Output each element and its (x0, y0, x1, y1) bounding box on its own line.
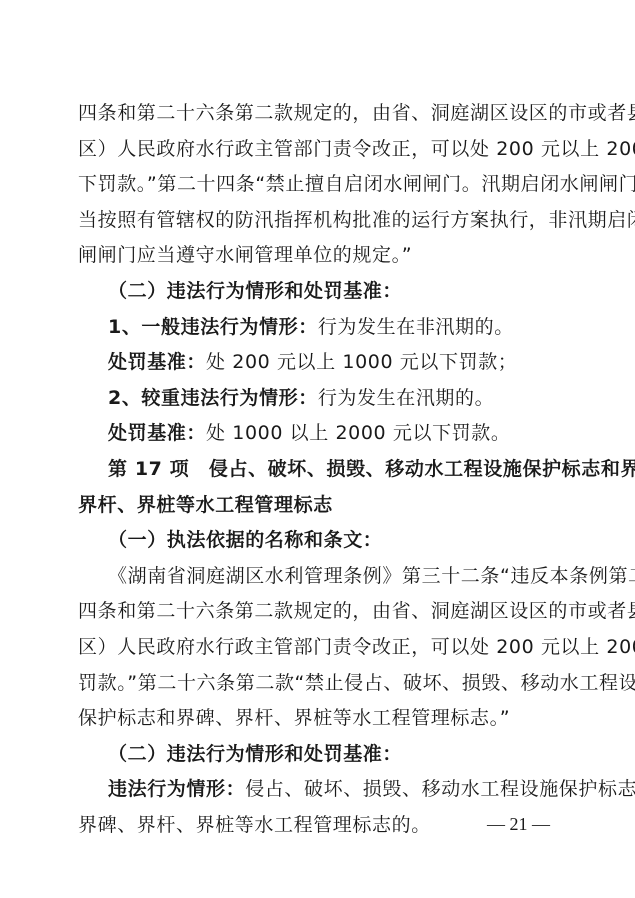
paragraph-line: 处罚基准：处 1000 以上 2000 元以下罚款。 (78, 416, 560, 452)
heading-text: 第 17 项 侵占、破坏、损毁、移动水工程设施保护标志和界碑、 (108, 458, 635, 480)
bold-label: 2、较重违法行为情形： (108, 387, 318, 409)
heading-text: 界杆、界桩等水工程管理标志 (78, 494, 333, 516)
body-text: 罚款。”第二十六条第二款“禁止侵占、破坏、损毁、移动水工程设施 (78, 672, 635, 694)
body-text: 行为发生在汛期的。 (318, 387, 494, 409)
heading-text: （一）执法依据的名称和条文： (108, 529, 382, 551)
bold-label: 1、一般违法行为情形： (108, 316, 318, 338)
heading-text: （二）违法行为情形和处罚基准： (108, 743, 402, 765)
body-text: 闸闸门应当遵守水闸管理单位的规定。” (78, 244, 412, 266)
body-text: 行为发生在非汛期的。 (318, 316, 514, 338)
item-heading-cont: 界杆、界桩等水工程管理标志 (78, 488, 560, 524)
paragraph-line: 当按照有管辖权的防汛指挥机构批准的运行方案执行，非汛期启闭水 (78, 203, 560, 239)
document-page: 四条和第二十六条第二款规定的，由省、洞庭湖区设区的市或者县（市、 区）人民政府水… (78, 96, 560, 843)
body-text: 四条和第二十六条第二款规定的，由省、洞庭湖区设区的市或者县（市、 (78, 600, 635, 622)
paragraph-line: 保护标志和界碑、界杆、界桩等水工程管理标志。” (78, 701, 560, 737)
bold-label: 处罚基准： (108, 351, 206, 373)
section-heading: （一）执法依据的名称和条文： (78, 523, 560, 559)
paragraph-line: 2、较重违法行为情形：行为发生在汛期的。 (78, 381, 560, 417)
paragraph-line: 罚款。”第二十六条第二款“禁止侵占、破坏、损毁、移动水工程设施 (78, 666, 560, 702)
bold-label: 违法行为情形： (108, 778, 245, 800)
section-heading: （二）违法行为情形和处罚基准： (78, 274, 560, 310)
body-text: 处 1000 以上 2000 元以下罚款。 (206, 422, 510, 444)
section-heading: （二）违法行为情形和处罚基准： (78, 737, 560, 773)
paragraph-line: 区）人民政府水行政主管部门责令改正，可以处 200 元以上 2000 元以 (78, 132, 560, 168)
page-number: — 21 — (487, 814, 550, 835)
paragraph-line: 1、一般违法行为情形：行为发生在非汛期的。 (78, 310, 560, 346)
item-heading: 第 17 项 侵占、破坏、损毁、移动水工程设施保护标志和界碑、 (78, 452, 560, 488)
paragraph-line: 闸闸门应当遵守水闸管理单位的规定。” (78, 238, 560, 274)
paragraph-line: 违法行为情形：侵占、破坏、损毁、移动水工程设施保护标志和 (78, 772, 560, 808)
body-text: 区）人民政府水行政主管部门责令改正，可以处 200 元以上 2000 以下 (78, 636, 635, 658)
body-text: 保护标志和界碑、界杆、界桩等水工程管理标志。” (78, 707, 510, 729)
paragraph-line: 处罚基准：处 200 元以上 1000 元以下罚款； (78, 345, 560, 381)
body-text: 下罚款。”第二十四条“禁止擅自启闭水闸闸门。汛期启闭水闸闸门应 (78, 173, 635, 195)
body-text: 《湖南省洞庭湖区水利管理条例》第三十二条“违反本条例第二十 (108, 565, 635, 587)
bold-label: 处罚基准： (108, 422, 206, 444)
paragraph-line: 四条和第二十六条第二款规定的，由省、洞庭湖区设区的市或者县（市、 (78, 594, 560, 630)
paragraph-line: 《湖南省洞庭湖区水利管理条例》第三十二条“违反本条例第二十 (78, 559, 560, 595)
paragraph-line: 区）人民政府水行政主管部门责令改正，可以处 200 元以上 2000 以下 (78, 630, 560, 666)
body-text: 四条和第二十六条第二款规定的，由省、洞庭湖区设区的市或者县（市、 (78, 102, 635, 124)
body-text: 侵占、破坏、损毁、移动水工程设施保护标志和 (245, 778, 635, 800)
body-text: 界碑、界杆、界桩等水工程管理标志的。 (78, 814, 431, 836)
paragraph-line: 下罚款。”第二十四条“禁止擅自启闭水闸闸门。汛期启闭水闸闸门应 (78, 167, 560, 203)
paragraph-line: 四条和第二十六条第二款规定的，由省、洞庭湖区设区的市或者县（市、 (78, 96, 560, 132)
heading-text: （二）违法行为情形和处罚基准： (108, 280, 402, 302)
body-text: 处 200 元以上 1000 元以下罚款； (206, 351, 517, 373)
body-text: 当按照有管辖权的防汛指挥机构批准的运行方案执行，非汛期启闭水 (78, 209, 635, 231)
body-text: 区）人民政府水行政主管部门责令改正，可以处 200 元以上 2000 元以 (78, 138, 635, 160)
